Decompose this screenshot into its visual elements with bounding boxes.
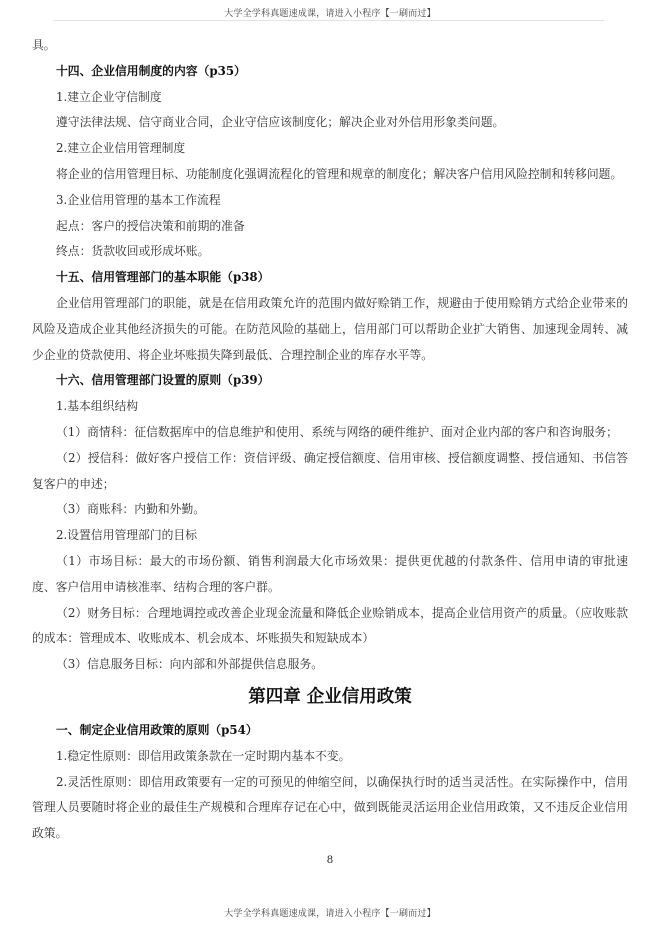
section-heading: 一、制定企业信用政策的原则（p54） — [32, 718, 628, 744]
page-number: 8 — [0, 854, 660, 866]
paragraph: 2.设置信用管理部门的目标 — [32, 523, 628, 549]
paragraph: 具。 — [32, 33, 628, 59]
document-page: 大学全学科真题速成课，请进入小程序【一刷而过】 具。十四、企业信用制度的内容（p… — [0, 0, 660, 934]
paragraph: 起点：客户的授信决策和前期的准备 — [32, 214, 628, 240]
paragraph: 3.企业信用管理的基本工作流程 — [32, 188, 628, 214]
chapter-heading: 第四章 企业信用政策 — [32, 678, 628, 718]
paragraph: 遵守法律法规、信守商业合同，企业守信应该制度化；解决企业对外信用形象类问题。 — [32, 110, 628, 136]
paragraph: 1.稳定性原则：即信用政策条款在一定时期内基本不变。 — [32, 744, 628, 770]
section-heading: 十六、信用管理部门设置的原则（p39） — [32, 368, 628, 394]
section-heading: 十四、企业信用制度的内容（p35） — [32, 59, 628, 85]
paragraph: （3）信息服务目标：向内部和外部提供信息服务。 — [32, 652, 628, 678]
paragraph: （3）商账科：内勤和外勤。 — [32, 497, 628, 523]
section-heading: 十五、信用管理部门的基本职能（p38） — [32, 265, 628, 291]
paragraph: （2）授信科：做好客户授信工作：资信评级、确定授信额度、信用审核、授信额度调整、… — [32, 446, 628, 498]
paragraph: （2）财务目标：合理地调控或改善企业现金流量和降低企业赊销成本，提高企业信用资产… — [32, 601, 628, 653]
page-footer-text: 大学全学科真题速成课，请进入小程序【一刷而过】 — [0, 906, 660, 919]
paragraph: 终点：货款收回或形成坏账。 — [32, 239, 628, 265]
paragraph: 2.建立企业信用管理制度 — [32, 136, 628, 162]
page-header-text: 大学全学科真题速成课，请进入小程序【一刷而过】 — [0, 6, 660, 19]
paragraph: 将企业的信用管理目标、功能制度化强调流程化的管理和规章的制度化；解决客户信用风险… — [32, 162, 628, 188]
paragraph: （1）商情科：征信数据库中的信息维护和使用、系统与网络的硬件维护、面对企业内部的… — [32, 420, 628, 446]
paragraph: （1）市场目标：最大的市场份额、销售利润最大化市场效果：提供更优越的付款条件、信… — [32, 549, 628, 601]
document-body: 具。十四、企业信用制度的内容（p35）1.建立企业守信制度遵守法律法规、信守商业… — [32, 33, 628, 847]
paragraph: 1.建立企业守信制度 — [32, 85, 628, 111]
paragraph: 2.灵活性原则：即信用政策要有一定的可预见的伸缩空间，以确保执行时的适当灵活性。… — [32, 770, 628, 847]
header-rule — [53, 20, 604, 21]
paragraph: 1.基本组织结构 — [32, 394, 628, 420]
paragraph: 企业信用管理部门的职能，就是在信用政策允许的范围内做好赊销工作，规避由于使用赊销… — [32, 291, 628, 368]
